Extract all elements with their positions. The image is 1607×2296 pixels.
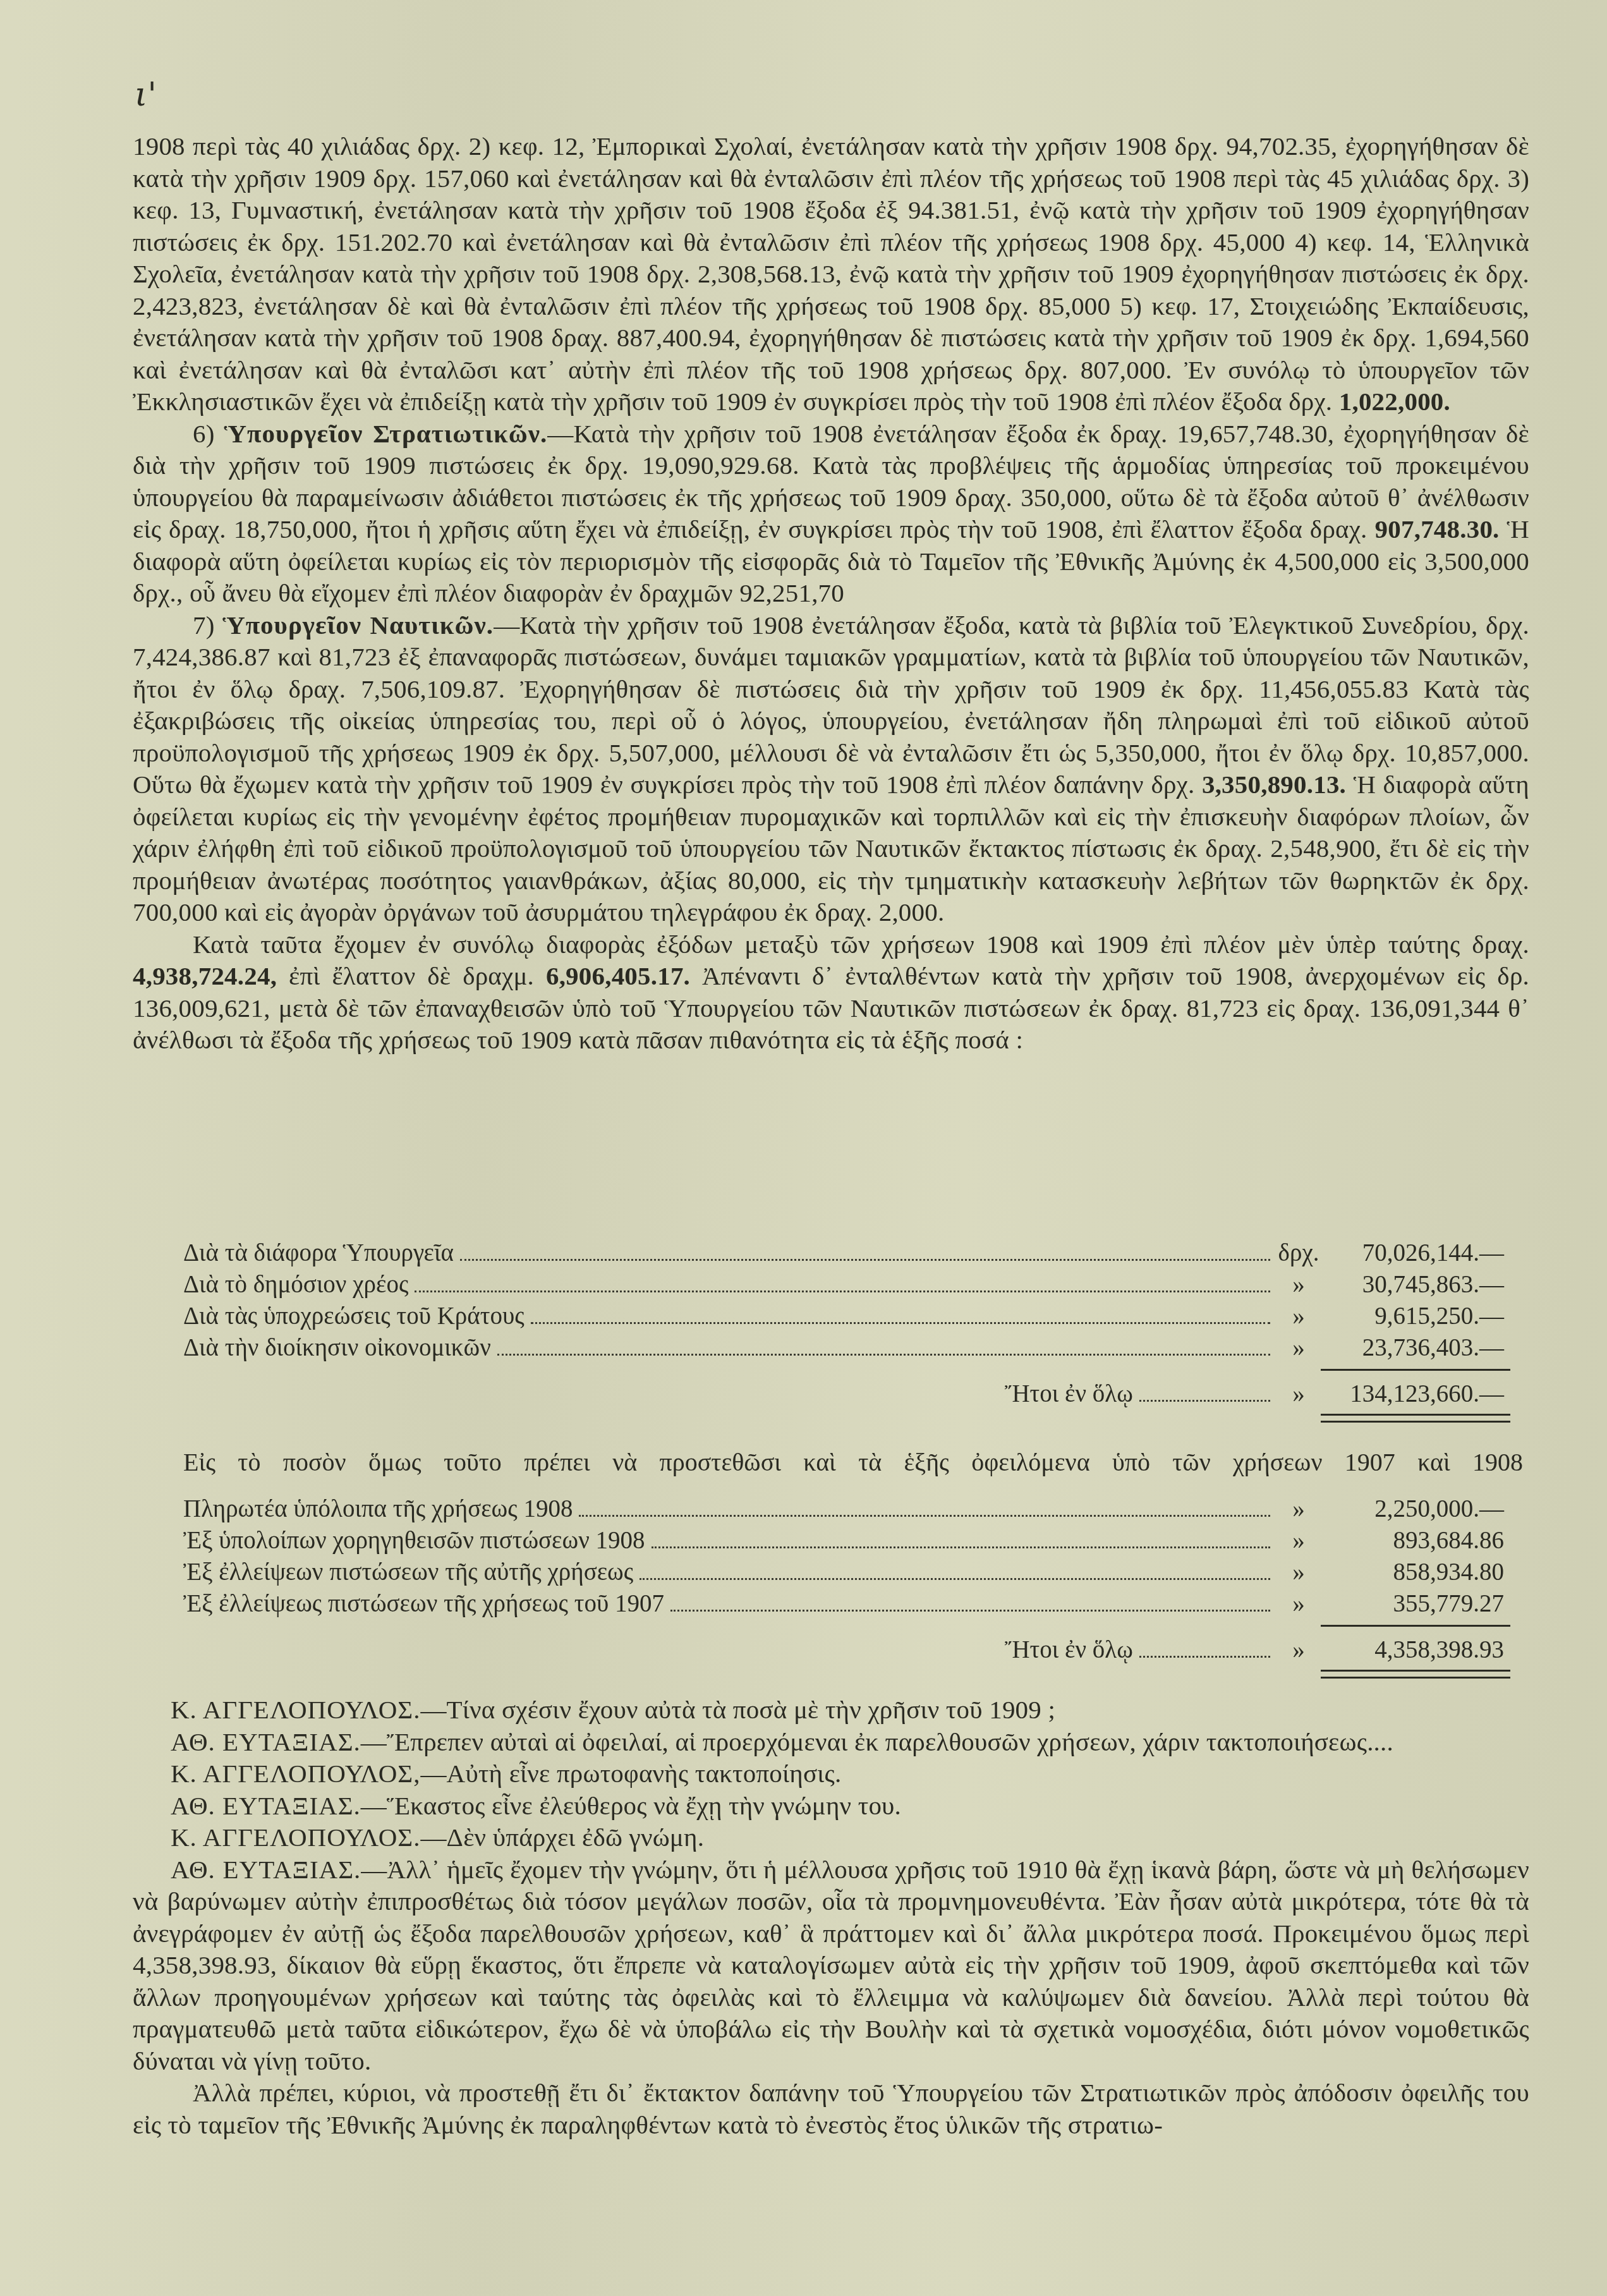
ledger-row: Διὰ τὴν διοίκησιν οἰκονομικῶν»23,736,403…	[183, 1333, 1510, 1365]
sum-rule	[1321, 1369, 1510, 1371]
bold-amount: 1,022,000.	[1339, 387, 1450, 416]
ledger-row: Πληρωτέα ὑπόλοιπα τῆς χρήσεως 1908»2,250…	[183, 1495, 1510, 1526]
bold-amount: 6,906,405.17.	[546, 961, 690, 990]
ledger-total-row: Ἤτοι ἐν ὅλῳ»134,123,660.—	[183, 1380, 1510, 1411]
dot-leader	[652, 1546, 1270, 1548]
ledger-row: Διὰ τὰ διάφορα Ὑπουργεῖαδρχ.70,026,144.—	[183, 1239, 1510, 1270]
dot-leader	[531, 1321, 1270, 1324]
dot-leader	[670, 1609, 1270, 1612]
dot-leader	[415, 1290, 1270, 1292]
section-heading-naval: Ὑπουργεῖον Ναυτικῶν.	[222, 610, 494, 640]
ledger-row: Ἐξ ἐλλείψεως πιστώσεων τῆς χρήσεως τοῦ 1…	[183, 1589, 1510, 1621]
page-number: ι'	[135, 76, 157, 114]
ledger-row: Διὰ τὸ δημόσιον χρέος»30,745,863.—	[183, 1270, 1510, 1302]
total-double-rule	[1321, 1670, 1510, 1679]
expenses-ledger: Διὰ τὰ διάφορα Ὑπουργεῖαδρχ.70,026,144.—…	[183, 1239, 1510, 1423]
bold-amount: 907,748.30.	[1375, 514, 1500, 544]
scanned-page: ι' 1908 περὶ τὰς 40 χιλιάδας δρχ. 2) κεφ…	[0, 0, 1607, 2296]
text-block-upper: 1908 περὶ τὰς 40 χιλιάδας δρχ. 2) κεφ. 1…	[133, 130, 1529, 1056]
debts-ledger: Πληρωτέα ὑπόλοιπα τῆς χρήσεως 1908»2,250…	[183, 1495, 1510, 1679]
ledger-row: Ἐξ ὑπολοίπων χορηγηθεισῶν πιστώσεων 1908…	[183, 1526, 1510, 1558]
dialogue-line: ΑΘ. ΕΥΤΑΞΙΑΣ.—Ἕκαστος εἶνε ἐλεύθερος νὰ …	[133, 1790, 1529, 1822]
total-double-rule	[1321, 1414, 1510, 1423]
paragraph-naval: 7) Ὑπουργεῖον Ναυτικῶν.—Κατὰ τὴν χρῆσιν …	[133, 609, 1529, 928]
sum-rule	[1321, 1625, 1510, 1627]
dot-leader	[640, 1577, 1270, 1580]
dot-leader	[497, 1353, 1270, 1356]
bold-amount: 3,350,890.13.	[1202, 770, 1346, 799]
paragraph-military: 6) Ὑπουργεῖον Στρατιωτικῶν.—Κατὰ τὴν χρῆ…	[133, 418, 1529, 609]
ledger2-intro: Εἰς τὸ ποσὸν ὅμως τοῦτο πρέπει νὰ προστε…	[183, 1447, 1523, 1477]
section-heading-military: Ὑπουργεῖον Στρατιωτικῶν.	[224, 419, 548, 448]
closing-paragraph: Ἀλλὰ πρέπει, κύριοι, νὰ προστεθῇ ἔτι δι᾽…	[133, 2077, 1529, 2141]
dot-leader	[1139, 1399, 1270, 1402]
bold-amount: 4,938,724.24,	[133, 961, 277, 990]
dialogue-line: ΑΘ. ΕΥΤΑΞΙΑΣ.—Ἔπρεπεν αὐταὶ αἱ ὀφειλαί, …	[133, 1726, 1529, 1758]
ledger-total-row: Ἤτοι ἐν ὅλῳ»4,358,398.93	[183, 1636, 1510, 1667]
ledger-row: Διὰ τὰς ὑποχρεώσεις τοῦ Κράτους»9,615,25…	[183, 1302, 1510, 1333]
paragraph-summary: Κατὰ ταῦτα ἔχομεν ἐν συνόλῳ διαφορὰς ἐξό…	[133, 928, 1529, 1056]
dialogue-block: Κ. ΑΓΓΕΛΟΠΟΥΛΟΣ.—Τίνα σχέσιν ἔχουν αὐτὰ …	[133, 1694, 1529, 2141]
dialogue-line: Κ. ΑΓΓΕΛΟΠΟΥΛΟΣ.—Τίνα σχέσιν ἔχουν αὐτὰ …	[133, 1694, 1529, 1726]
dialogue-line: ΑΘ. ΕΥΤΑΞΙΑΣ.—Ἀλλ᾽ ἡμεῖς ἔχομεν τὴν γνώμ…	[133, 1854, 1529, 2077]
paragraph-ecclesiastical: 1908 περὶ τὰς 40 χιλιάδας δρχ. 2) κεφ. 1…	[133, 130, 1529, 418]
dialogue-line: Κ. ΑΓΓΕΛΟΠΟΥΛΟΣ.—Δὲν ὑπάρχει ἐδῶ γνώμη.	[133, 1821, 1529, 1854]
ledger-row: Ἐξ ἐλλείψεων πιστώσεων τῆς αὐτῆς χρήσεως…	[183, 1558, 1510, 1589]
dot-leader	[1139, 1655, 1270, 1658]
dot-leader	[460, 1258, 1270, 1261]
dialogue-line: Κ. ΑΓΓΕΛΟΠΟΥΛΟΣ,—Αὐτὴ εἶνε πρωτοφανὴς τα…	[133, 1758, 1529, 1790]
dot-leader	[579, 1514, 1270, 1517]
